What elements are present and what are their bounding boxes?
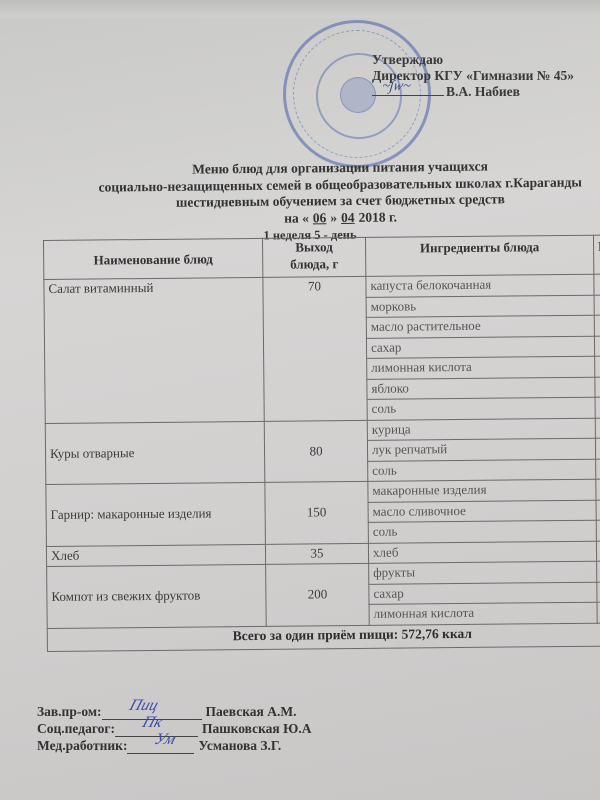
approval-block: Утверждаю Директор КГУ «Гимназии № 45» ~… xyxy=(372,52,600,100)
stamp-emblem-icon xyxy=(340,77,376,113)
handwritten-signature-icon: Пк xyxy=(140,714,165,731)
extra-cell xyxy=(596,520,600,541)
ingredient: лимонная кислота xyxy=(367,356,595,379)
table-body: Салат витаминный70капуста белокочаннаямо… xyxy=(44,274,600,651)
handwritten-signature-icon: Ум xyxy=(153,731,179,748)
extra-cell xyxy=(596,458,600,479)
menu-table-container: Наименование блюд Выход блюда, г Ингреди… xyxy=(43,235,600,652)
extra-cell xyxy=(595,397,600,418)
signature-name: Усманова З.Г. xyxy=(198,737,281,754)
extra-cell xyxy=(596,479,600,500)
dish-name: Хлеб xyxy=(46,544,265,567)
ingredient: макаронные изделия xyxy=(368,479,596,502)
header-extra: Бр xyxy=(593,235,600,275)
handwritten-signature-icon: Пиц xyxy=(127,697,160,714)
extra-cell xyxy=(595,356,600,377)
signature-row: Зав.пр-ом: Пиц Паевская А.М. xyxy=(37,703,311,720)
date-month: 04 xyxy=(337,209,359,224)
signatures-block: Зав.пр-ом: Пиц Паевская А.М. Соц.педагог… xyxy=(37,703,311,754)
signature-line: Ум xyxy=(127,739,194,754)
dish-yield: 70 xyxy=(263,276,367,420)
signature-name: Пашковская Ю.А xyxy=(202,720,311,737)
ingredient: масло сливочное xyxy=(368,500,596,523)
dish-name: Салат витаминный xyxy=(44,277,264,423)
dish-yield: 150 xyxy=(265,481,369,543)
ingredient: лук репчатый xyxy=(367,438,595,461)
signature-role: Зав.пр-ом: xyxy=(37,703,102,720)
document-title: Меню блюд для организации питания учащих… xyxy=(60,157,600,229)
dish-yield: 200 xyxy=(266,563,370,625)
extra-cell xyxy=(595,438,600,459)
ingredient: курица xyxy=(367,418,595,441)
extra-cell xyxy=(594,294,600,315)
extra-cell xyxy=(596,499,600,520)
dish-name: Компот из свежих фруктов xyxy=(47,564,267,628)
ingredient: морковь xyxy=(366,295,594,318)
director-signature-line: ~∫w~ xyxy=(372,85,444,96)
extra-cell xyxy=(595,376,600,397)
ingredient: соль xyxy=(368,459,596,482)
date-mid: » xyxy=(330,210,337,225)
header-dish: Наименование блюд xyxy=(44,238,263,279)
dish-yield: 80 xyxy=(264,420,368,482)
extra-cell xyxy=(596,540,600,561)
ingredient: масло растительное xyxy=(366,315,594,338)
menu-table: Наименование блюд Выход блюда, г Ингреди… xyxy=(43,234,600,651)
approval-heading: Утверждаю xyxy=(372,52,600,68)
ingredient: фрукты xyxy=(369,561,597,584)
extra-cell xyxy=(594,315,600,336)
paper-fold-shadow xyxy=(0,0,600,18)
ingredient: хлеб xyxy=(368,541,596,564)
table-header-row: Наименование блюд Выход блюда, г Ингреди… xyxy=(44,235,600,280)
ingredient: яблоко xyxy=(367,377,595,400)
extra-cell xyxy=(595,417,600,438)
date-day: 06 xyxy=(309,210,331,225)
header-ingredients: Ингредиенты блюда xyxy=(365,235,593,276)
dish-name: Гарнир: макаронные изделия xyxy=(46,482,266,546)
extra-cell xyxy=(594,274,600,295)
total-calories: Всего за один приём пищи: 572,76 ккал xyxy=(47,622,600,651)
date-year: 2018 г. xyxy=(359,209,398,224)
approval-signer: В.А. Набиев xyxy=(446,84,520,99)
ingredient: капуста белокочанная xyxy=(366,274,594,297)
director-signature-icon: ~∫w~ xyxy=(380,79,413,95)
signature-role: Соц.педагог: xyxy=(37,720,115,737)
date-prefix: на « xyxy=(284,210,309,225)
signature-row: Мед.работник: Ум Усманова З.Г. xyxy=(37,737,311,754)
dish-name: Куры отварные xyxy=(45,421,265,485)
ingredient: сахар xyxy=(369,582,597,605)
approval-signature-row: ~∫w~В.А. Набиев xyxy=(372,84,600,100)
extra-cell xyxy=(594,335,600,356)
ingredient: соль xyxy=(367,397,595,420)
header-yield: Выход блюда, г xyxy=(262,237,365,277)
ingredient: сахар xyxy=(366,336,594,359)
signature-name: Паевская А.М. xyxy=(206,703,297,720)
ingredient: соль xyxy=(368,520,596,543)
total-row: Всего за один приём пищи: 572,76 ккал xyxy=(47,622,600,651)
signature-role: Мед.работник: xyxy=(37,737,127,754)
extra-cell xyxy=(597,561,600,582)
dish-yield: 35 xyxy=(265,543,368,564)
ingredient: лимонная кислота xyxy=(369,602,597,625)
